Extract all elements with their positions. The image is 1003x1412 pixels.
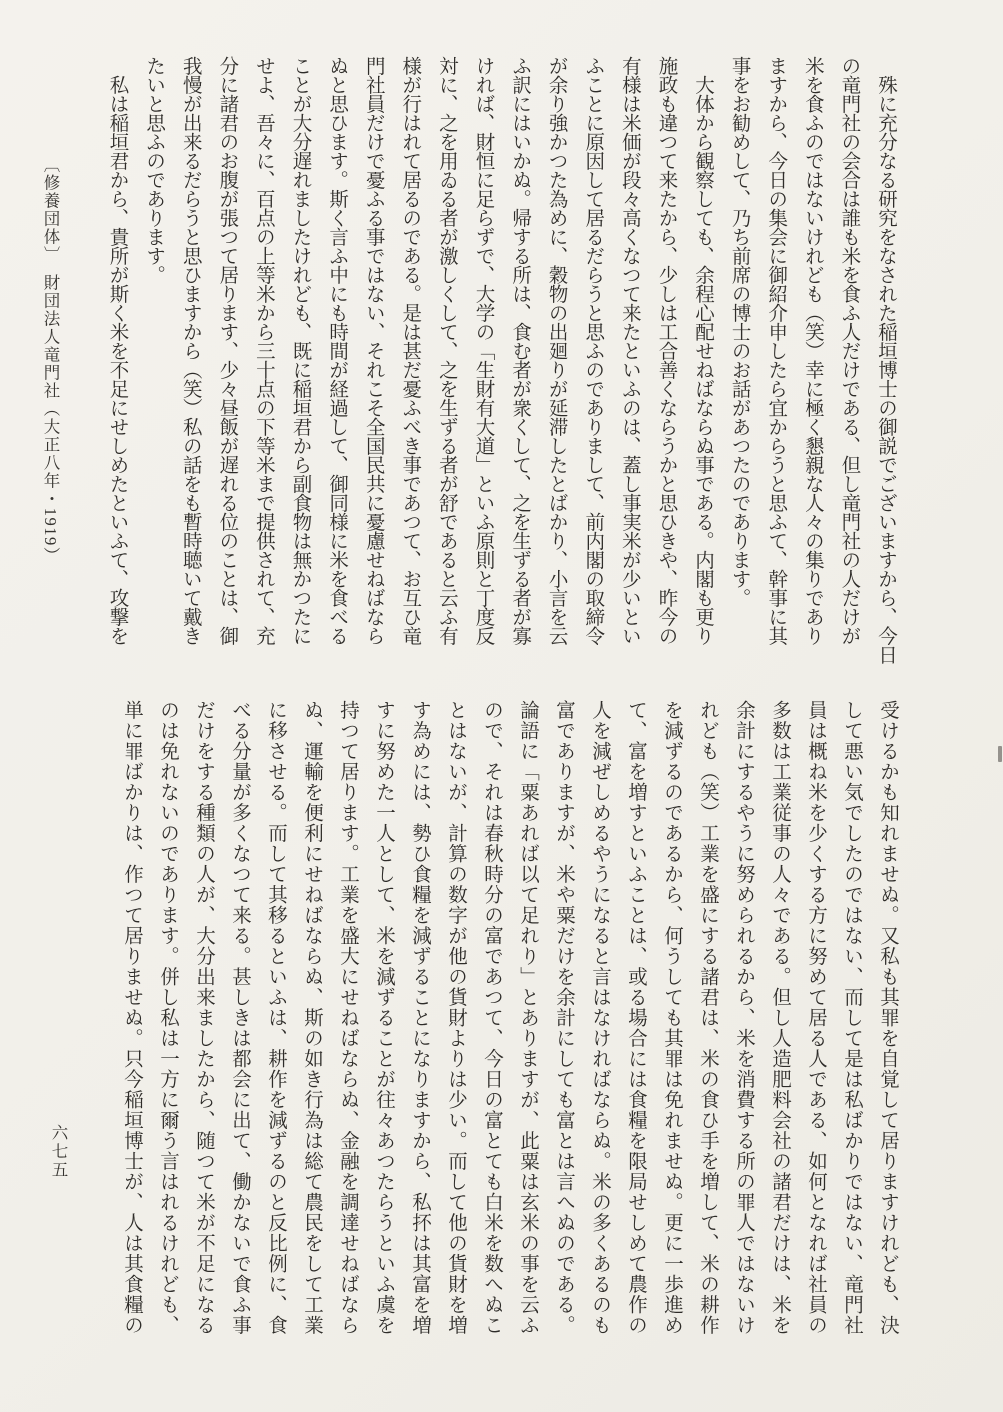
- text-column: ことが大分遅れましたけれども、既に稲垣君から副食物は無かつたに: [281, 56, 318, 674]
- text-column: すに努めた一人として、米を減ずることが往々あつたらうといふ虞を: [365, 700, 401, 1352]
- text-column: とはないが、計算の数字が他の貨財よりは少い。而して他の貨財を増: [437, 700, 473, 1352]
- text-column: 余計にするやうに努められるから、米を消費する所の罪人ではないけ: [725, 700, 761, 1352]
- text-column: 門社員だけで憂ふる事ではない、それこそ全国民共に憂慮せねばなら: [354, 56, 391, 674]
- scan-edge-artifact: [998, 746, 1002, 762]
- text-column: の竜門社の会合は誰も米を食ふ人だけである、但し竜門社の人だけが: [830, 56, 867, 674]
- text-column: 員は概ね米を少くする方に努めて居る人である、如何となれば社員の: [797, 700, 833, 1352]
- text-column: 施政も違つて来たから、少しは工合善くならうかと思ひきや、昨今の: [647, 56, 684, 674]
- text-column: ぬ、運輸を便利にせねばならぬ、斯の如き行為は総て農民をして工業: [293, 700, 329, 1352]
- text-column: して悪い気でしたのではない、而して是は私ばかりではない、竜門社: [833, 700, 869, 1352]
- text-column: 殊に充分なる研究をなされた稲垣博士の御説でございますから、今日: [866, 56, 903, 674]
- text-column: 富でありますが、米や粟だけを余計にしても富とは言へぬのである。: [545, 700, 581, 1352]
- text-column: ふことに原因して居るだらうと思ふのでありまして、前内閣の取締令: [574, 56, 611, 674]
- text-column: ければ、財恒に足らずで、大学の「生財有大道」といふ原則と丁度反: [464, 56, 501, 674]
- text-column: べる分量が多くなつて来る。甚しきは都会に出て、働かないで食ふ事: [221, 700, 257, 1352]
- text-column: て、富を増すといふことは、或る場合には食糧を限局せしめて農作の: [617, 700, 653, 1352]
- text-column: ので、それは春秋時分の富であつて、今日の富とても白米を数へぬこ: [473, 700, 509, 1352]
- text-column: が余り強かつた為めに、穀物の出廻りが延滞したとばかり、小言を云: [537, 56, 574, 674]
- scanned-book-page: 〔修養団体〕 財団法人竜門社（大正八年・1919） 殊に充分なる研究をなされた稲…: [0, 0, 1003, 1412]
- text-column: ますから、今日の集会に御紹介申したら宜からうと思ふて、幹事に其: [757, 56, 794, 674]
- text-column: 事をお勧めして、乃ち前席の博士のお話があつたのであります。: [720, 56, 757, 674]
- text-column: 人を減ぜしめるやうになると言はなければならぬ。米の多くあるのも: [581, 700, 617, 1352]
- text-column: ぬと思ひます。斯く言ふ中にも時間が経過して、御同様に米を食べる: [318, 56, 355, 674]
- text-column: のは免れないのであります。併し私は一方に爾う言はれるけれども、: [149, 700, 185, 1352]
- text-column: 我慢が出来るだらうと思ひますから（笑）私の話をも暫時聴いて戴き: [171, 56, 208, 674]
- text-column: 持つて居ります。工業を盛大にせねばならぬ、金融を調達せねばなら: [329, 700, 365, 1352]
- text-block-bottom: 受けるかも知れませぬ。又私も其罪を自覚して居りますけれども、決して悪い気でしたの…: [113, 700, 905, 1352]
- text-column: を減ずるのであるから、何うしても其罪は免れませぬ。更に一歩進め: [653, 700, 689, 1352]
- text-column: 様が行はれて居るのである。是は甚だ憂ふべき事であつて、お互ひ竜: [391, 56, 428, 674]
- text-column: 受けるかも知れませぬ。又私も其罪を自覚して居りますけれども、決: [869, 700, 905, 1352]
- text-column: 米を食ふのではないけれども（笑）幸に極く懇親な人々の集りであり: [793, 56, 830, 674]
- text-column: に移させる。而して其移るといふは、耕作を減ずるのと反比例に、食: [257, 700, 293, 1352]
- text-column: す為めには、勢ひ食糧を減ずることになりますから、私抔は其富を増: [401, 700, 437, 1352]
- text-block-top: 殊に充分なる研究をなされた稲垣博士の御説でございますから、今日の竜門社の会合は誰…: [98, 56, 903, 674]
- text-column: だけをする種類の人が、大分出来ましたから、随つて米が不足になる: [185, 700, 221, 1352]
- text-column: 大体から観察しても、余程心配せねばならぬ事である。内閣も更り: [683, 56, 720, 674]
- text-column: 有様は米価が段々高くなつて来たといふのは、蓋し事実米が少いとい: [610, 56, 647, 674]
- text-column: 対に、之を用ゐる者が激しくして、之を生ずる者が舒であると云ふ有: [427, 56, 464, 674]
- text-column: 論語に「粟あれば以て足れり」とありますが、此粟は玄米の事を云ふ: [509, 700, 545, 1352]
- text-column: 私は稲垣君から、貴所が斯く米を不足にせしめたといふて、攻撃を: [98, 56, 135, 674]
- text-column: れども（笑）工業を盛にする諸君は、米の食ひ手を増して、米の耕作: [689, 700, 725, 1352]
- text-column: 単に罪ばかりは、作つて居りませぬ。只今稲垣博士が、人は其食糧の: [113, 700, 149, 1352]
- text-column: せよ、吾々に、百点の上等米から三十点の下等米まで提供されて、充: [244, 56, 281, 674]
- page-number: 六七五: [46, 1124, 70, 1180]
- text-column: 分に諸君のお腹が張つて居ります、少々昼飯が遅れる位のことは、御: [208, 56, 245, 674]
- running-title: 〔修養団体〕 財団法人竜門社（大正八年・1919）: [38, 156, 62, 586]
- text-column: ふ訳にはいかぬ。帰する所は、食む者が衆くして、之を生ずる者が寡: [500, 56, 537, 674]
- text-column: 多数は工業従事の人々である。但し人造肥料会社の諸君だけは、米を: [761, 700, 797, 1352]
- text-column: たいと思ふのであります。: [135, 56, 172, 674]
